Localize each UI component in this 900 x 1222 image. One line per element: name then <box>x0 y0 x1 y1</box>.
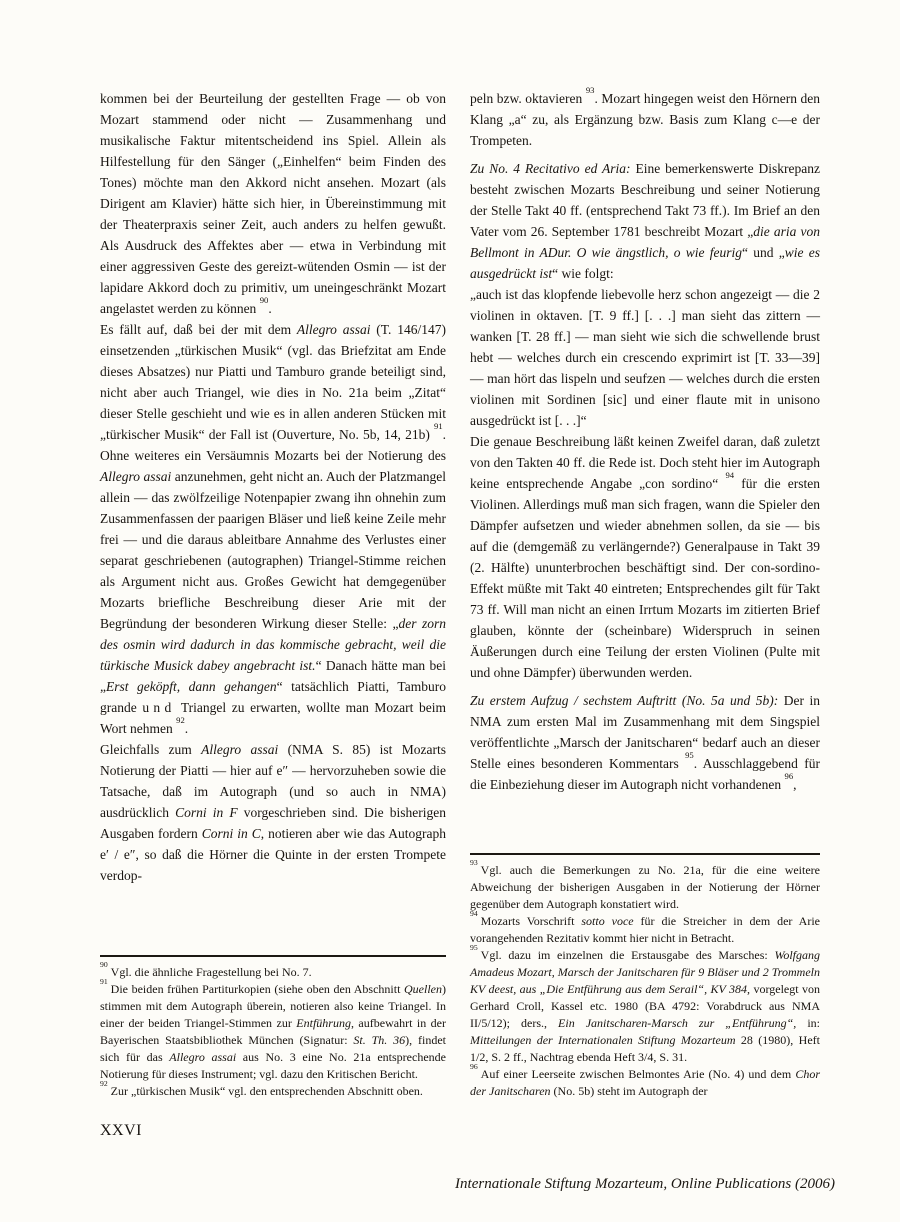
paragraph: „auch ist das klopfende liebevolle herz … <box>470 284 820 431</box>
footnote-reference: 92 <box>176 715 185 725</box>
text-run: Mozarts Vorschrift <box>481 914 582 928</box>
footnote: 93Vgl. auch die Bemerkungen zu No. 21a, … <box>470 862 820 913</box>
text-run: Entführung <box>296 1016 351 1030</box>
footnote-number: 96 <box>470 1062 478 1071</box>
text-run: Quellen <box>404 982 442 996</box>
page-number: XXVI <box>100 1122 142 1140</box>
footnote-number: 93 <box>470 858 478 867</box>
right-column-footnotes: 93Vgl. auch die Bemerkungen zu No. 21a, … <box>470 849 820 1100</box>
text-run: Corni in C <box>202 826 261 841</box>
left-column-text: kommen bei der Beurteilung der gestellte… <box>100 88 446 886</box>
text-run: Zu No. 4 Recitativo ed Aria: <box>470 161 631 176</box>
text-run: für die ersten Violinen. Allerdings muß … <box>470 476 820 680</box>
right-column-text: peln bzw. oktavieren 93. Mozart hingegen… <box>470 88 820 795</box>
text-run: St. Th. 36 <box>353 1033 405 1047</box>
text-run: und <box>142 700 175 715</box>
text-run: in: <box>796 1016 820 1030</box>
text-run: Corni in F <box>175 805 238 820</box>
text-run: Es fällt auf, daß bei der mit dem <box>100 322 297 337</box>
footnote: 90Vgl. die ähnliche Fragestellung bei No… <box>100 964 446 981</box>
footnote: 96Auf einer Leerseite zwischen Belmontes… <box>470 1066 820 1100</box>
footnote-reference: 91 <box>434 421 443 431</box>
footnote-reference: 95 <box>685 750 694 760</box>
text-run: Die beiden frühen Partiturkopien (siehe … <box>111 982 404 996</box>
text-run: Allegro assai <box>169 1050 236 1064</box>
text-run: Zur „türkischen Musik“ vgl. den entsprec… <box>111 1084 423 1098</box>
footnote-reference: 93 <box>586 85 595 95</box>
paragraph: Die genaue Beschreibung läßt keinen Zwei… <box>470 431 820 683</box>
paragraph: peln bzw. oktavieren 93. Mozart hingegen… <box>470 88 820 151</box>
text-run: Ein Janitscharen-Marsch zur „Entführung“… <box>558 1016 796 1030</box>
footnote-number: 95 <box>470 943 478 952</box>
paragraph: kommen bei der Beurteilung der gestellte… <box>100 88 446 319</box>
text-run: Gleichfalls zum <box>100 742 201 757</box>
right-column: peln bzw. oktavieren 93. Mozart hingegen… <box>470 88 820 1100</box>
text-run: . <box>185 721 188 736</box>
text-run: Zu erstem Aufzug / sechstem Auftritt (No… <box>470 693 778 708</box>
text-run: Allegro assai <box>100 469 171 484</box>
text-run: sotto voce <box>581 914 633 928</box>
footnote-reference: 90 <box>260 295 269 305</box>
footnote-number: 94 <box>470 909 478 918</box>
footnote-reference: 96 <box>785 771 794 781</box>
right-footnote-list: 93Vgl. auch die Bemerkungen zu No. 21a, … <box>470 862 820 1100</box>
text-run: (T. 146/147) einsetzenden „türkischen Mu… <box>100 322 446 442</box>
paragraph: Es fällt auf, daß bei der mit dem Allegr… <box>100 319 446 739</box>
text-run: , <box>793 777 796 792</box>
text-run: Vgl. auch die Bemerkungen zu No. 21a, fü… <box>470 863 820 911</box>
text-run: anzunehmen, geht nicht an. Auch der Plat… <box>100 469 446 631</box>
text-run: kommen bei der Beurteilung der gestellte… <box>100 91 446 316</box>
left-column-footnotes: 90Vgl. die ähnliche Fragestellung bei No… <box>100 951 446 1100</box>
left-column: kommen bei der Beurteilung der gestellte… <box>100 88 446 1100</box>
footnote: 92Zur „türkischen Musik“ vgl. den entspr… <box>100 1083 446 1100</box>
text-run: peln bzw. oktavieren <box>470 91 586 106</box>
footnote: 91Die beiden frühen Partiturkopien (sieh… <box>100 981 446 1083</box>
footnote-number: 90 <box>100 960 108 969</box>
paragraph: Zu No. 4 Recitativo ed Aria: Eine bemerk… <box>470 158 820 284</box>
text-run: . <box>268 301 271 316</box>
footer-credit: Internationale Stiftung Mozarteum, Onlin… <box>455 1176 835 1193</box>
footnote-number: 91 <box>100 977 108 986</box>
text-run: Erst geköpft, dann gehangen <box>106 679 277 694</box>
text-run: Vgl. dazu im einzelnen die Erstausgabe d… <box>481 948 775 962</box>
text-run: (No. 5b) steht im Autograph der <box>551 1084 708 1098</box>
footnote-separator-rule <box>470 853 820 855</box>
left-footnote-list: 90Vgl. die ähnliche Fragestellung bei No… <box>100 964 446 1100</box>
paragraph: Gleichfalls zum Allegro assai (NMA S. 85… <box>100 739 446 886</box>
text-run: “ und „ <box>742 245 785 260</box>
footnote-reference: 94 <box>725 470 734 480</box>
text-run: Allegro assai <box>297 322 371 337</box>
text-run: Vgl. die ähnliche Fragestellung bei No. … <box>111 965 312 979</box>
footnote-separator-rule <box>100 955 446 957</box>
text-run: “ wie folgt: <box>552 266 613 281</box>
text-run: Allegro assai <box>201 742 278 757</box>
text-run: „auch ist das klopfende liebevolle herz … <box>470 287 820 428</box>
text-run: Auf einer Leerseite zwischen Belmontes A… <box>481 1067 796 1081</box>
document-page: kommen bei der Beurteilung der gestellte… <box>0 0 900 1222</box>
text-run: Mitteilungen der Internationalen Stiftun… <box>470 1033 736 1047</box>
paragraph: Zu erstem Aufzug / sechstem Auftritt (No… <box>470 690 820 795</box>
footnote: 95Vgl. dazu im einzelnen die Erstausgabe… <box>470 947 820 1066</box>
footnote-number: 92 <box>100 1079 108 1088</box>
footnote: 94Mozarts Vorschrift sotto voce für die … <box>470 913 820 947</box>
